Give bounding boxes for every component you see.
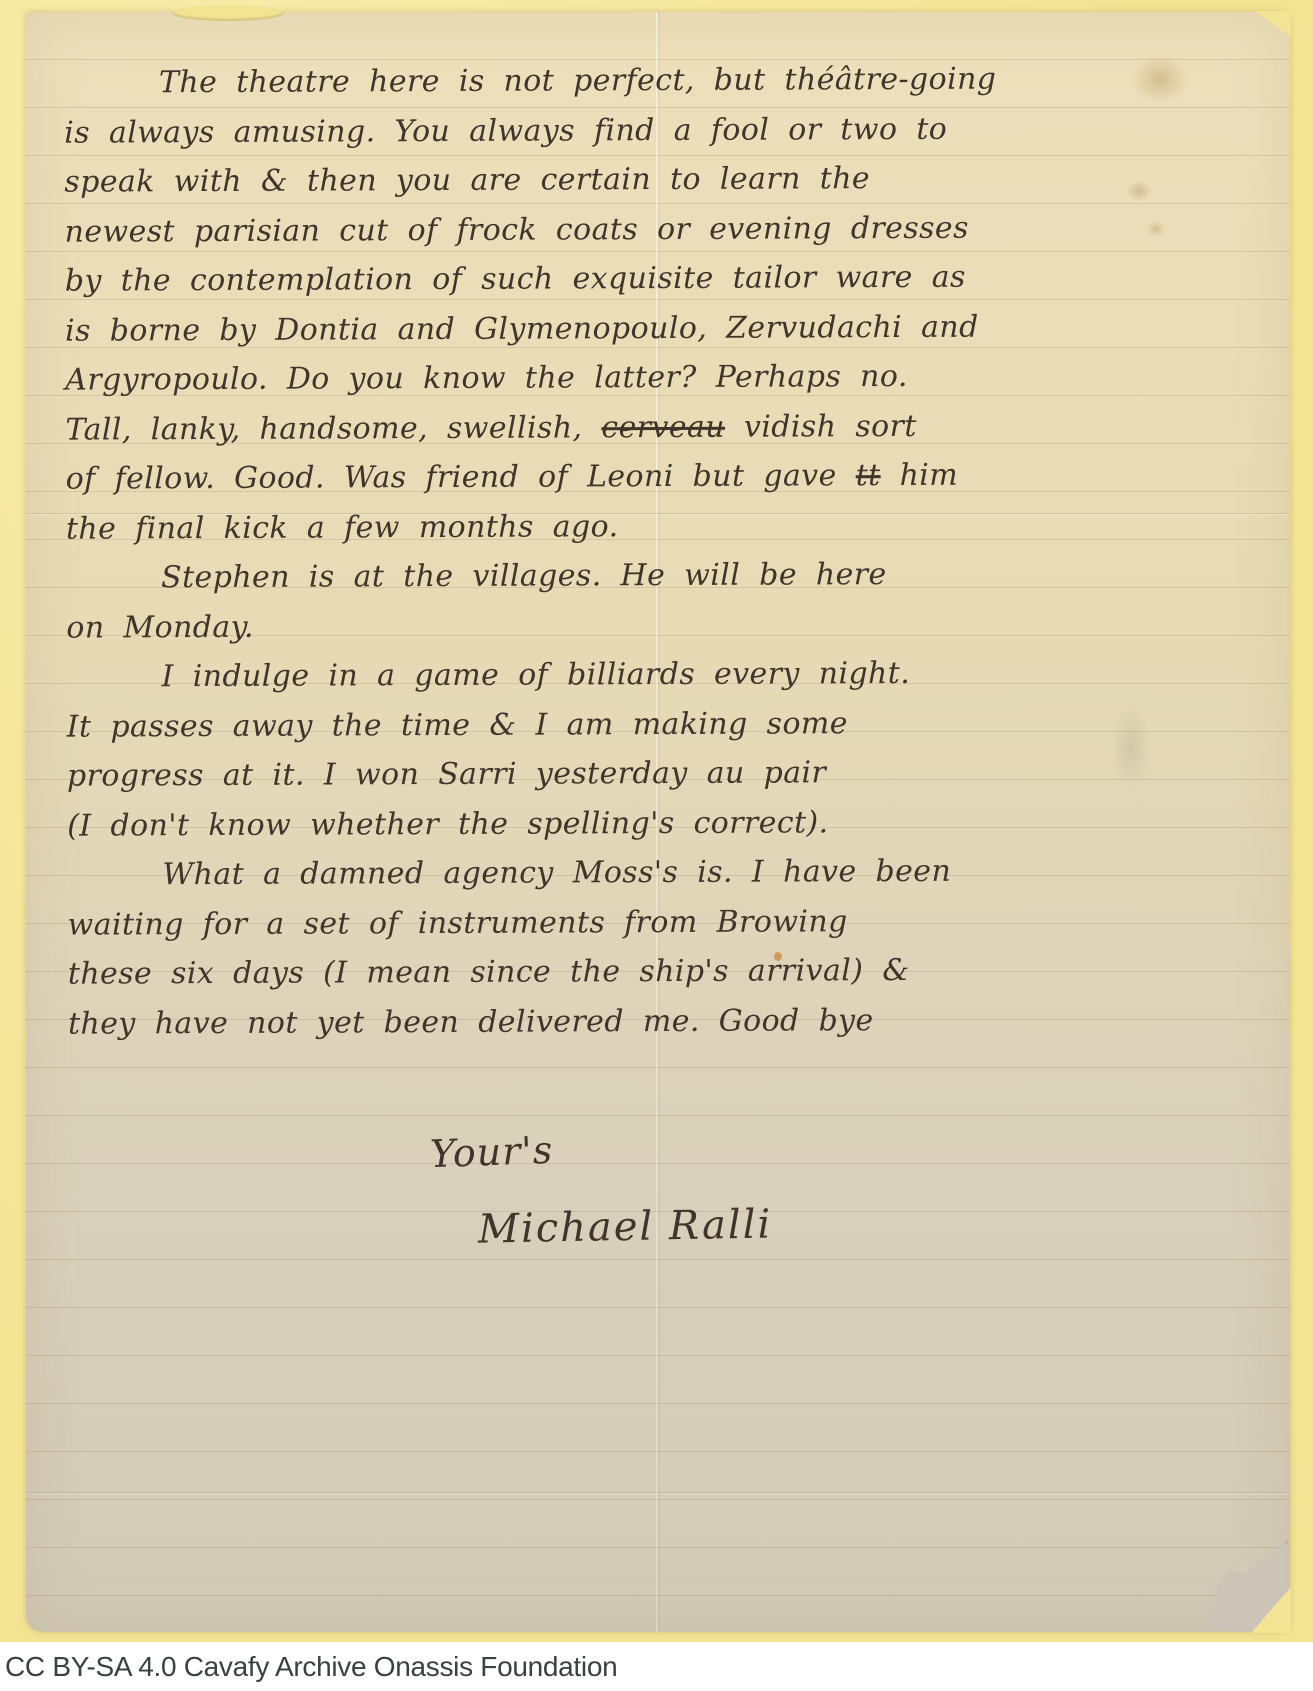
letter-line: I indulge in a game of billiards every n… (66, 647, 1274, 702)
torn-edge-notch (172, 5, 284, 21)
line-text-pre: of fellow. Good. Was friend of Leoni but… (66, 458, 856, 496)
letter-line: these six days (I mean since the ship's … (68, 944, 1276, 999)
line-text-struck: cerveau (601, 409, 725, 445)
letter-line: Argyropoulo. Do you know the latter? Per… (65, 350, 1273, 405)
line-text-pre: is borne by Dontia and Glymenopoulo, Zer… (65, 309, 979, 348)
letter-line: Tall, lanky, handsome, swellish, cerveau… (65, 400, 1273, 455)
line-text-pre: Stephen is at the villages. He will be h… (161, 557, 887, 595)
letter-line: (I don't know whether the spelling's cor… (67, 796, 1275, 851)
line-text-post: him (881, 458, 959, 493)
letter-page: The theatre here is not perfect, but thé… (26, 12, 1290, 1632)
line-text-pre: What a damned agency Moss's is. I have b… (162, 854, 951, 892)
line-text-pre: speak with & then you are certain to lea… (64, 161, 870, 200)
line-text-pre: by the contemplation of such exquisite t… (65, 260, 966, 299)
line-text-pre: I indulge in a game of billiards every n… (161, 656, 910, 694)
line-text-struck: tt (856, 458, 881, 493)
handwritten-letter-text: The theatre here is not perfect, but thé… (64, 53, 1276, 1048)
line-text-pre: (I don't know whether the spelling's cor… (67, 805, 829, 843)
line-text-pre: the final kick a few months ago. (66, 509, 619, 546)
line-text-pre: Tall, lanky, handsome, swellish, (65, 410, 601, 447)
line-text-pre: is always amusing. You always find a foo… (64, 111, 947, 150)
letter-scan-background: The theatre here is not perfect, but thé… (0, 0, 1313, 1642)
line-text-pre: The theatre here is not perfect, but thé… (159, 62, 997, 101)
letter-closing: Your's (429, 1128, 554, 1176)
line-text-pre: Argyropoulo. Do you know the latter? Per… (65, 359, 908, 398)
letter-line: speak with & then you are certain to lea… (64, 152, 1272, 207)
letter-line: newest parisian cut of frock coats or ev… (64, 202, 1272, 257)
letter-line: It passes away the time & I am making so… (67, 697, 1275, 752)
letter-line: Stephen is at the villages. He will be h… (66, 548, 1274, 603)
horizontal-fold-crease-lower (26, 1492, 1290, 1493)
letter-line: they have not yet been delivered me. Goo… (68, 994, 1276, 1049)
line-text-pre: on Monday. (66, 609, 254, 645)
line-text-pre: It passes away the time & I am making so… (67, 706, 848, 744)
letter-line: is always amusing. You always find a foo… (64, 103, 1272, 158)
top-right-corner-cut (1255, 11, 1291, 37)
letter-line: by the contemplation of such exquisite t… (65, 251, 1273, 306)
line-text-post: vidish sort (725, 408, 917, 444)
license-caption-text: CC BY-SA 4.0 Cavafy Archive Onassis Foun… (0, 1651, 617, 1683)
line-text-pre: these six days (I mean since the ship's … (68, 953, 910, 992)
line-text-pre: newest parisian cut of frock coats or ev… (65, 210, 969, 249)
letter-line: of fellow. Good. Was friend of Leoni but… (66, 449, 1274, 504)
line-text-pre: progress at it. I won Sarri yesterday au… (67, 755, 826, 793)
letter-line: What a damned agency Moss's is. I have b… (67, 845, 1275, 900)
letter-line: on Monday. (66, 598, 1274, 653)
letter-line: The theatre here is not perfect, but thé… (64, 53, 1272, 108)
line-text-pre: waiting for a set of instruments from Br… (68, 904, 848, 942)
bottom-right-corner-cut (1251, 1587, 1291, 1633)
letter-line: is borne by Dontia and Glymenopoulo, Zer… (65, 301, 1273, 356)
letter-signature: Michael Ralli (478, 1201, 773, 1252)
letter-line: the final kick a few months ago. (66, 499, 1274, 554)
license-caption-bar: CC BY-SA 4.0 Cavafy Archive Onassis Foun… (0, 1642, 1313, 1691)
letter-line: progress at it. I won Sarri yesterday au… (67, 746, 1275, 801)
letter-line: waiting for a set of instruments from Br… (68, 895, 1276, 950)
line-text-pre: they have not yet been delivered me. Goo… (68, 1003, 874, 1042)
